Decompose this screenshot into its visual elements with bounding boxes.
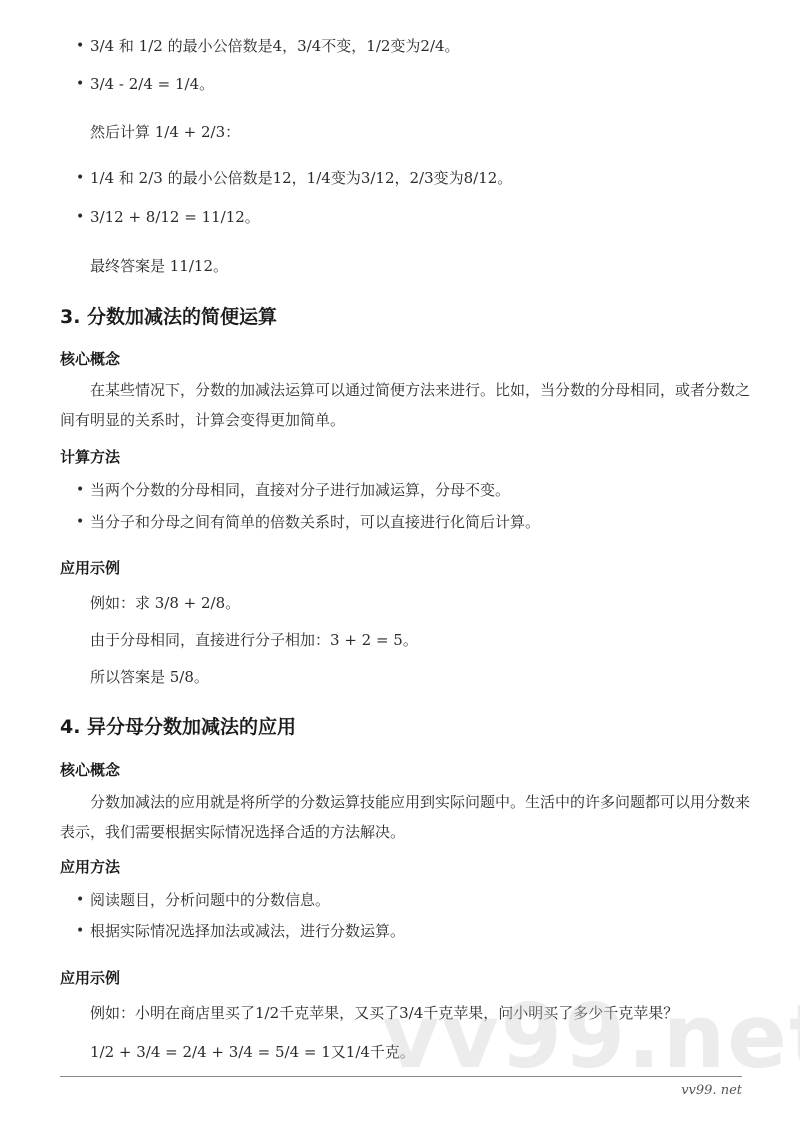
- watermark: vv99.net: [382, 985, 800, 1088]
- section-3-example-heading: 应用示例: [60, 558, 120, 578]
- example-line: 1/2 + 3/4 = 2/4 + 3/4 = 5/4 = 1又1/4千克。: [90, 1042, 415, 1062]
- list-item: 3/4 和 1/2 的最小公倍数是4，3/4不变，1/2变为2/4。: [90, 36, 460, 56]
- list-item: 阅读题目，分析问题中的分数信息。: [90, 890, 330, 910]
- list-item: 当分子和分母之间有简单的倍数关系时，可以直接进行化简后计算。: [90, 512, 540, 532]
- footer-divider: [60, 1076, 742, 1077]
- example-line: 所以答案是 5/8。: [90, 667, 209, 687]
- section-4-example-heading: 应用示例: [60, 968, 120, 988]
- paragraph-text: 最终答案是 11/12。: [90, 256, 228, 276]
- list-item: 3/4 - 2/4 = 1/4。: [90, 74, 214, 94]
- list-item: 当两个分数的分母相同，直接对分子进行加减运算，分母不变。: [90, 480, 510, 500]
- example-line: 由于分母相同，直接进行分子相加：3 + 2 = 5。: [90, 630, 418, 650]
- section-3-heading: 3. 分数加减法的简便运算: [60, 305, 277, 329]
- section-4-method-heading: 应用方法: [60, 857, 120, 877]
- example-line: 例如：求 3/8 + 2/8。: [90, 593, 240, 613]
- section-3-method-heading: 计算方法: [60, 447, 120, 467]
- section-4-concept-heading: 核心概念: [60, 760, 120, 780]
- section-4-heading: 4. 异分母分数加减法的应用: [60, 715, 296, 739]
- list-item: 根据实际情况选择加法或减法，进行分数运算。: [90, 921, 405, 941]
- section-4-concept-text: 分数加减法的应用就是将所学的分数运算技能应用到实际问题中。生活中的许多问题都可以…: [60, 787, 750, 847]
- paragraph-text: 然后计算 1/4 + 2/3：: [90, 122, 240, 142]
- example-line: 例如：小明在商店里买了1/2千克苹果，又买了3/4千克苹果，问小明买了多少千克苹…: [90, 1003, 678, 1023]
- document-page: 3/4 和 1/2 的最小公倍数是4，3/4不变，1/2变为2/4。 3/4 -…: [0, 0, 800, 1130]
- section-3-concept-heading: 核心概念: [60, 349, 120, 369]
- list-item: 3/12 + 8/12 = 11/12。: [90, 207, 260, 227]
- footer-site: vv99. net: [681, 1083, 742, 1098]
- list-item: 1/4 和 2/3 的最小公倍数是12，1/4变为3/12，2/3变为8/12。: [90, 168, 512, 188]
- section-3-concept-text: 在某些情况下，分数的加减法运算可以通过简便方法来进行。比如，当分数的分母相同，或…: [60, 375, 750, 435]
